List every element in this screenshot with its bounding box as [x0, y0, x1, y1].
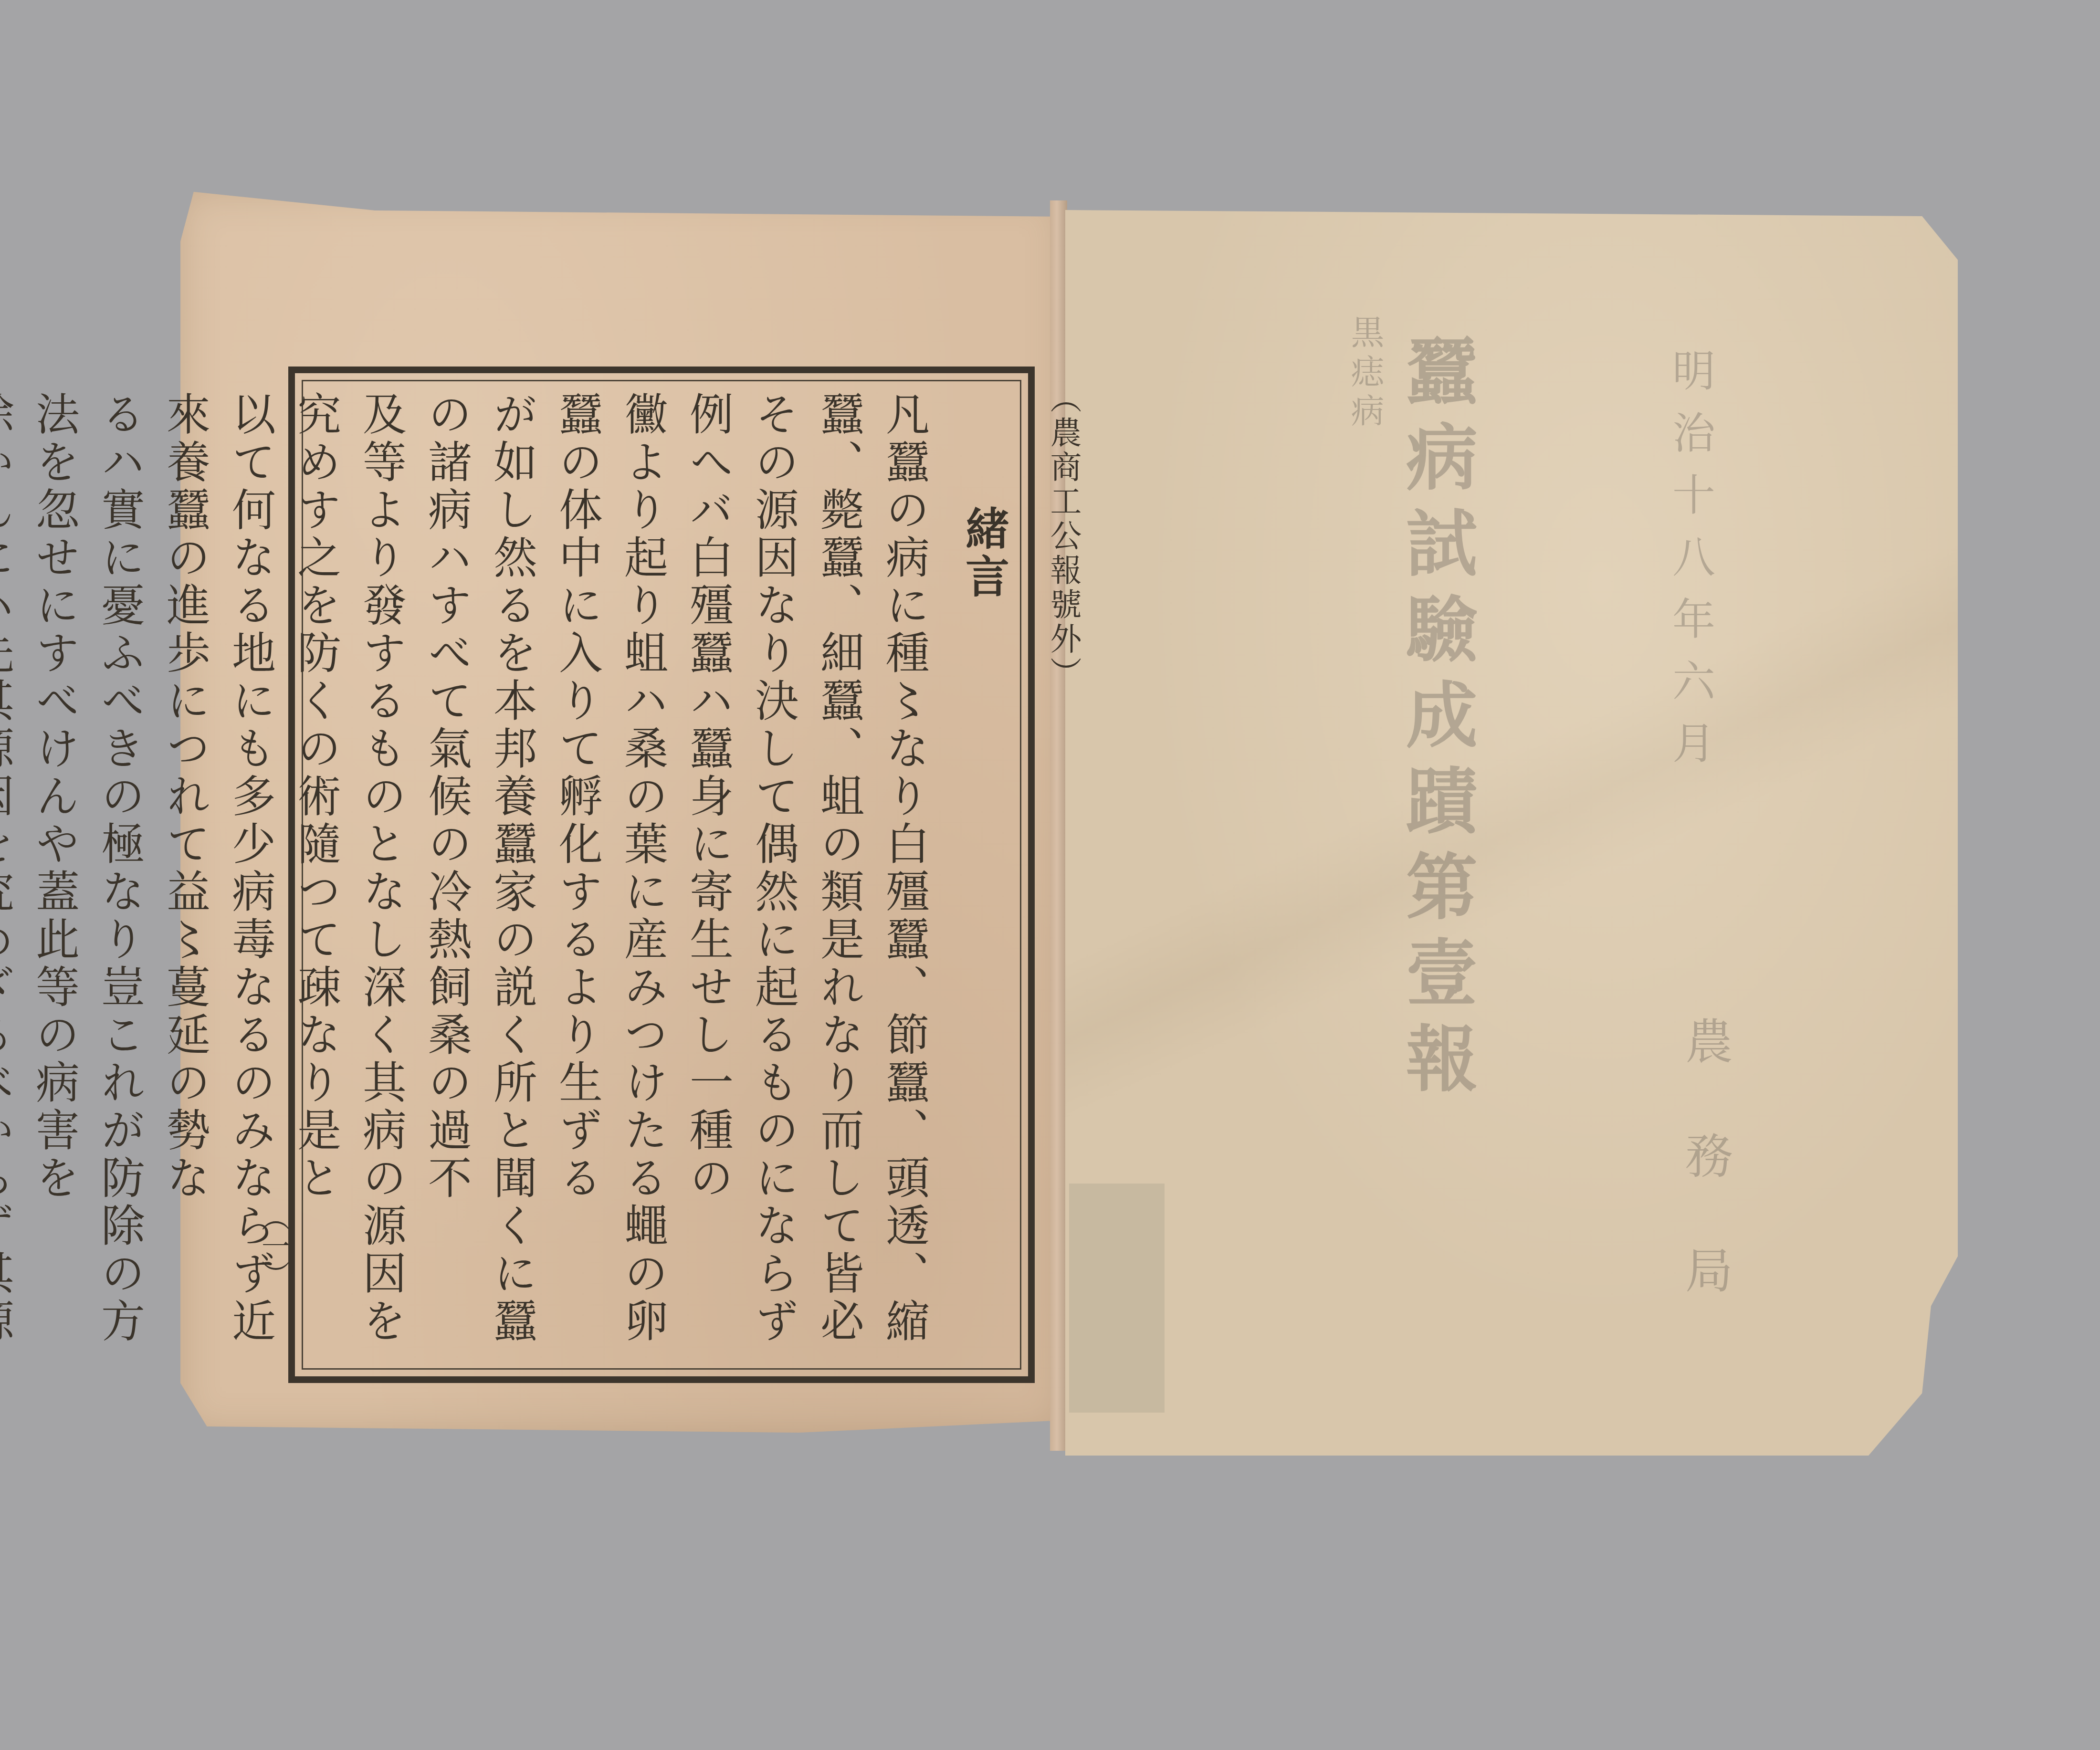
right-page-cover: [1065, 210, 1958, 1456]
text-column: が如し然るを本邦養蠶家の説く所と聞くに蠶の諸病ハすべて氣候の冷熱飼桑の過不: [414, 391, 545, 1355]
scan-background: 明治十八年六月 蠶病試驗成蹟第壹報 黒痣病 農務局 （農商工公報號外） 緒言 凡…: [0, 0, 2100, 1750]
text-column: 黴より起り蛆ハ桑の葉に産みつけたる蠅の卵蠶の体中に入りて孵化するより生ずる: [545, 391, 675, 1355]
preface-heading: 緒言: [951, 391, 1017, 1355]
bleed-through-date: 明治十八年六月: [1659, 348, 1721, 783]
text-column: るハ實に憂ふべきの極なり豈これが防除の方法を忽せにすべけんや蓋此等の病害を: [21, 391, 152, 1355]
text-column: 凡蠶の病に種〻なり白殭蠶、節蠶、頭透、縮蠶、斃蠶、細蠶、蛆の類是れなり而して皆必: [806, 391, 937, 1355]
bleed-through-publisher: 農務局: [1670, 1016, 1739, 1360]
bleed-through-title: 蠶病試驗成蹟第壹報: [1384, 334, 1487, 1107]
tape-repair-patch: [1069, 1184, 1165, 1413]
text-column: 及等より發するものとなし深く其病の源因を究めす之を防くの術隨つて疎なり是と: [283, 391, 414, 1355]
text-column: 除かんにハ先其源因を究めざるべからず其源因を究めんにハ到底學術上の力を假り: [0, 391, 21, 1355]
page-number: （一）: [253, 1203, 294, 1289]
text-column: その源因なり決して偶然に起るものにならず例へバ白殭蠶ハ蠶身に寄生せし一種の: [675, 391, 806, 1355]
preface-body: 緒言 凡蠶の病に種〻なり白殭蠶、節蠶、頭透、縮蠶、斃蠶、細蠶、蛆の類是れなり而し…: [310, 391, 1017, 1355]
running-head: （農商工公報號外）: [1040, 382, 1086, 691]
bleed-through-subtitle: 黒痣病: [1341, 315, 1389, 432]
